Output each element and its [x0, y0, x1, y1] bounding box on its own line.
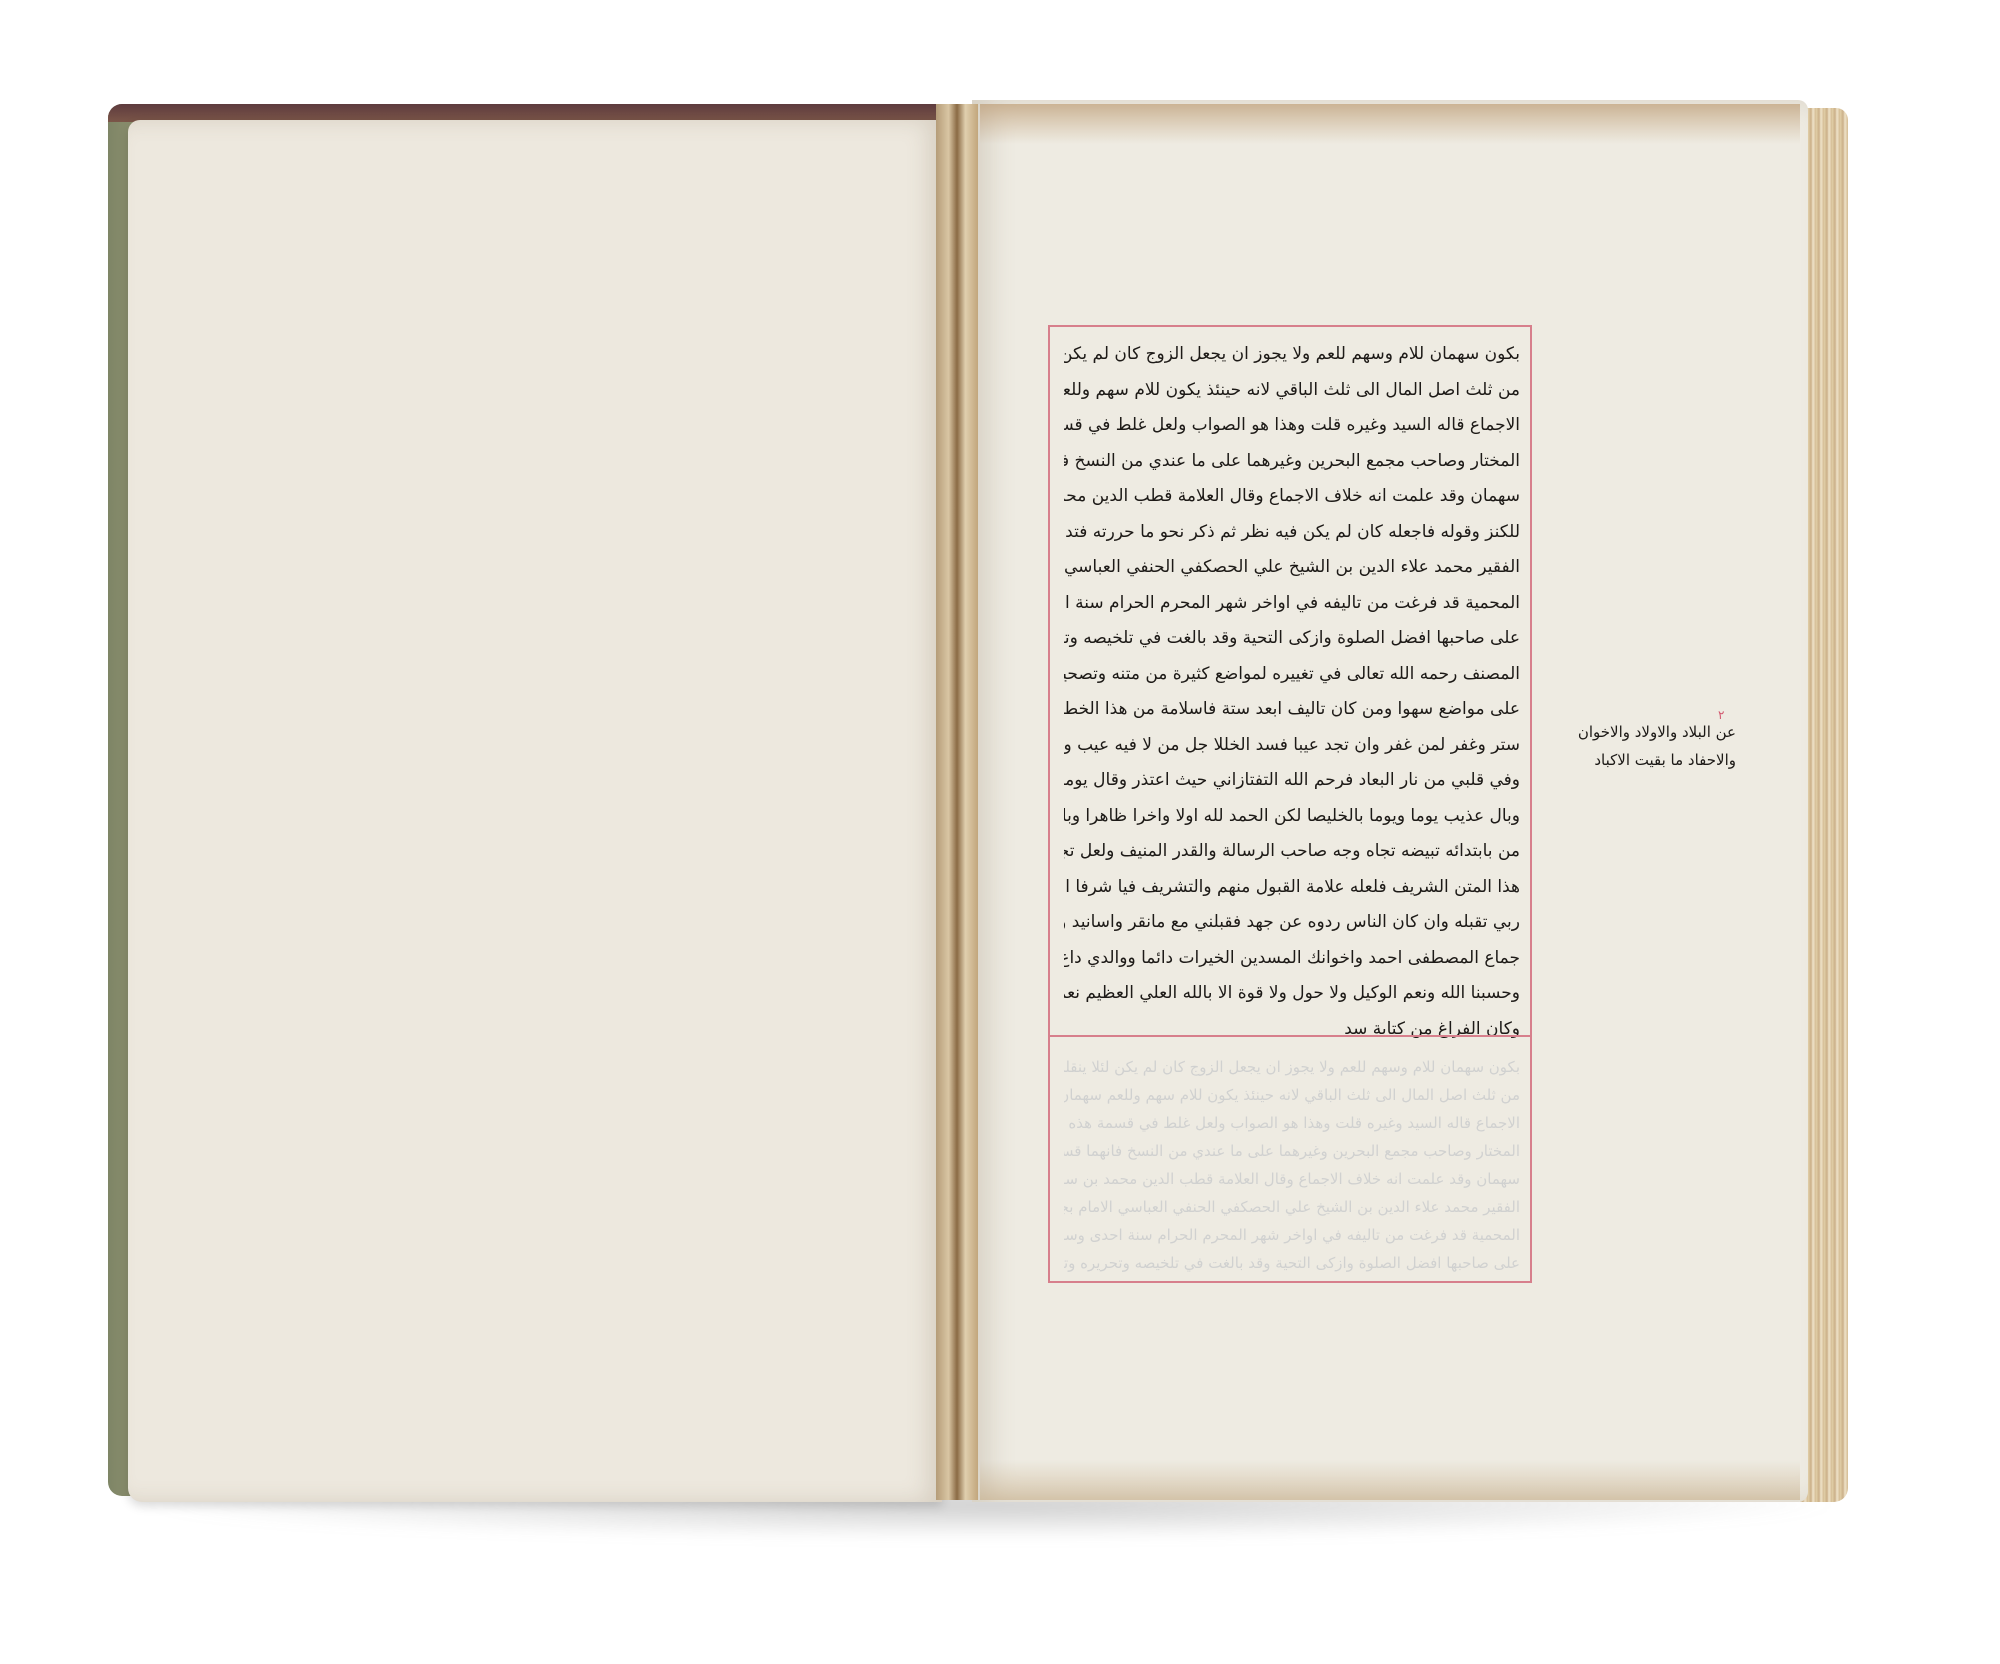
text-line: الفقير محمد علاء الدين بن الشيخ علي الحص… — [1064, 550, 1520, 586]
ghost-line: المحمية قد فرغت من تاليفه في اواخر شهر ا… — [1064, 1221, 1520, 1249]
margin-note-line: والاحفاد ما بقيت الاكباد — [1536, 746, 1736, 774]
marginal-note: عن البلاد والاولاد والاخوان والاحفاد ما … — [1536, 718, 1736, 774]
text-line: بكون سهمان للام وسهم للعم ولا يجوز ان يج… — [1064, 337, 1520, 373]
text-line: جماع المصطفى احمد واخوانك المسدين الخيرا… — [1064, 941, 1520, 977]
bottom-stain — [980, 1460, 1800, 1500]
text-line: وفي قلبي من نار البعاد فرحم الله التفتاز… — [1064, 763, 1520, 799]
text-line: وبال عذيب يوما ويوما بالخليصا لكن الحمد … — [1064, 799, 1520, 835]
margin-note-line: عن البلاد والاولاد والاخوان — [1536, 718, 1736, 746]
ruled-text-frame: بكون سهمان للام وسهم للعم ولا يجوز ان يج… — [1048, 325, 1532, 1283]
ghost-line: من ثلث اصل المال الى ثلث الباقي لانه حين… — [1064, 1081, 1520, 1109]
text-line: هذا المتن الشريف فلعله علامة القبول منهم… — [1064, 870, 1520, 906]
text-line: على صاحبها افضل الصلوة وازكى التحية وقد … — [1064, 621, 1520, 657]
text-line: المصنف رحمه الله تعالى في تغييره لمواضع … — [1064, 657, 1520, 693]
text-line: المحمية قد فرغت من تاليفه في اواخر شهر ا… — [1064, 586, 1520, 622]
text-line: على مواضع سهوا ومن كان تاليف ابعد ستة فا… — [1064, 692, 1520, 728]
frame-divider — [1050, 1035, 1530, 1037]
text-segment: للكنز وقوله فاجعله كان لم يكن فيه نظر ثم… — [1064, 522, 1520, 542]
text-line: المختار وصاحب مجمع البحرين وغيرهما على م… — [1064, 444, 1520, 480]
blank-left-page — [128, 120, 942, 1502]
ghost-line: المختار وصاحب مجمع البحرين وغيرهما على م… — [1064, 1137, 1520, 1165]
text-line-with-rubric: للكنز وقوله فاجعله كان لم يكن فيه نظر ثم… — [1064, 515, 1520, 551]
ghost-line: الاجماع قاله السيد وغيره قلت وهذا هو الص… — [1064, 1109, 1520, 1137]
text-line: سهمان وقد علمت انه خلاف الاجماع وقال الع… — [1064, 479, 1520, 515]
top-stain — [980, 104, 1800, 144]
ghost-line: بكون سهمان للام وسهم للعم ولا يجوز ان يج… — [1064, 1053, 1520, 1081]
ghost-line: الفقير محمد علاء الدين بن الشيخ علي الحص… — [1064, 1193, 1520, 1221]
ghost-line: على صاحبها افضل الصلوة وازكى التحية وقد … — [1064, 1249, 1520, 1277]
text-line: من ثلث اصل المال الى ثلث الباقي لانه حين… — [1064, 373, 1520, 409]
ghost-line: سهمان وقد علمت انه خلاف الاجماع وقال الع… — [1064, 1165, 1520, 1193]
main-text-block: بكون سهمان للام وسهم للعم ولا يجوز ان يج… — [1064, 337, 1520, 1047]
text-line: ربي تقبله وان كان الناس ردوه عن جهد فقبل… — [1064, 905, 1520, 941]
text-line: وحسبنا الله ونعم الوكيل ولا حول ولا قوة … — [1064, 976, 1520, 1012]
show-through-text: بكون سهمان للام وسهم للعم ولا يجوز ان يج… — [1064, 1053, 1520, 1277]
text-line: الاجماع قاله السيد وغيره قلت وهذا هو الص… — [1064, 408, 1520, 444]
text-line: ستر وغفر لمن غفر وان تجد عيبا فسد الخللا… — [1064, 728, 1520, 764]
colophon-line: وكان الفراغ من كتابة سد — [1269, 1012, 1520, 1048]
book-spine — [936, 104, 978, 1500]
text-line: من بابتدائه تبيضه تجاه وجه صاحب الرسالة … — [1064, 834, 1520, 870]
